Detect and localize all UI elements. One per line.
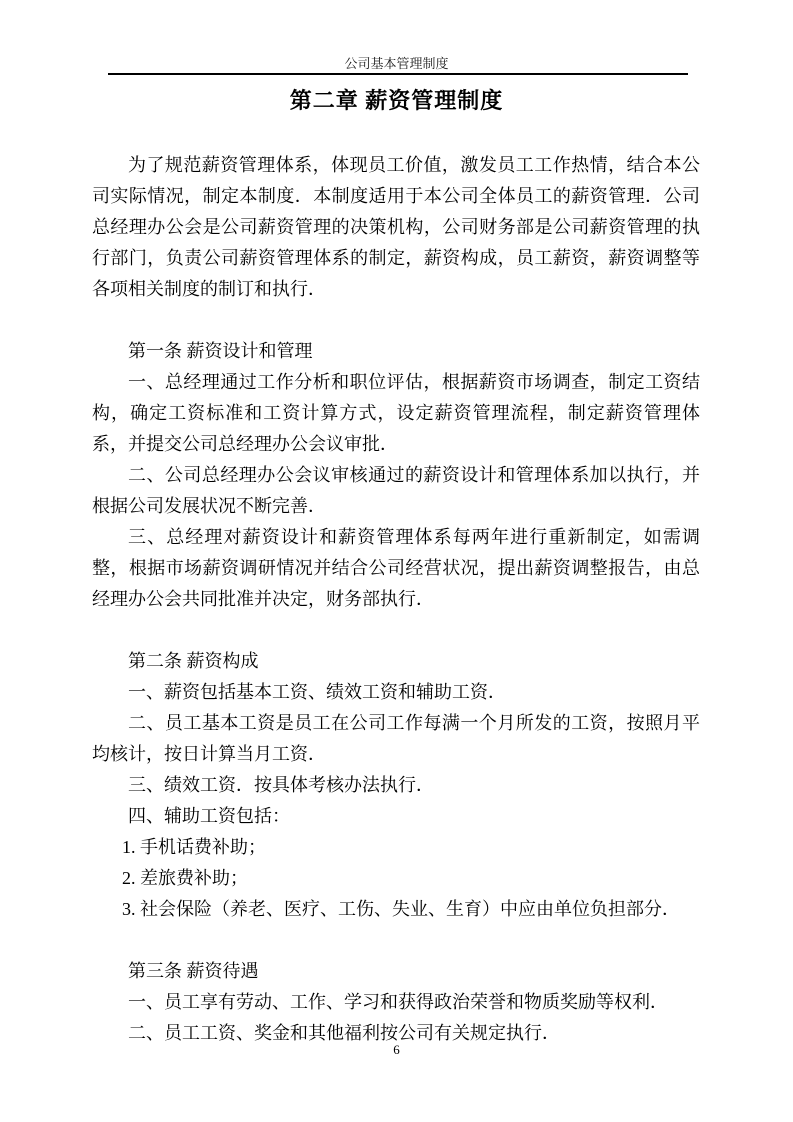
paragraph: 二、员工基本工资是员工在公司工作每满一个月所发的工资，按照月平均核计，按日计算当…	[92, 708, 700, 770]
document-body: 为了规范薪资管理体系，体现员工价值，激发员工工作热情，结合本公司实际情况，制定本…	[0, 150, 793, 1049]
section-heading: 第一条 薪资设计和管理	[92, 336, 700, 367]
paragraph: 三、绩效工资．按具体考核办法执行．	[92, 770, 700, 801]
paragraph: 为了规范薪资管理体系，体现员工价值，激发员工工作热情，结合本公司实际情况，制定本…	[92, 150, 700, 305]
numbered-item: 1. 手机话费补助；	[92, 832, 700, 863]
chapter-title: 第二章 薪资管理制度	[0, 86, 793, 116]
numbered-item: 2. 差旅费补助；	[92, 863, 700, 894]
paragraph: 一、薪资包括基本工资、绩效工资和辅助工资．	[92, 677, 700, 708]
paragraph: 一、总经理通过工作分析和职位评估，根据薪资市场调查，制定工资结构，确定工资标准和…	[92, 367, 700, 460]
header-rule	[108, 73, 688, 75]
section-heading: 第三条 薪资待遇	[92, 956, 700, 987]
paragraph: 三、总经理对薪资设计和薪资管理体系每两年进行重新制定，如需调整，根据市场薪资调研…	[92, 522, 700, 615]
paragraph: 四、辅助工资包括：	[92, 801, 700, 832]
document-page: 公司基本管理制度 第二章 薪资管理制度 为了规范薪资管理体系，体现员工价值，激发…	[0, 0, 793, 1122]
numbered-item: 3. 社会保险（养老、医疗、工伤、失业、生育）中应由单位负担部分．	[92, 894, 700, 925]
section-heading: 第二条 薪资构成	[92, 646, 700, 677]
header-title: 公司基本管理制度	[0, 57, 793, 71]
page-footer: 6	[0, 1042, 793, 1057]
page-header: 公司基本管理制度	[0, 0, 793, 71]
page-number: 6	[393, 1042, 400, 1057]
paragraph: 一、员工享有劳动、工作、学习和获得政治荣誉和物质奖励等权利．	[92, 987, 700, 1018]
paragraph: 二、公司总经理办公会议审核通过的薪资设计和管理体系加以执行，并根据公司发展状况不…	[92, 460, 700, 522]
